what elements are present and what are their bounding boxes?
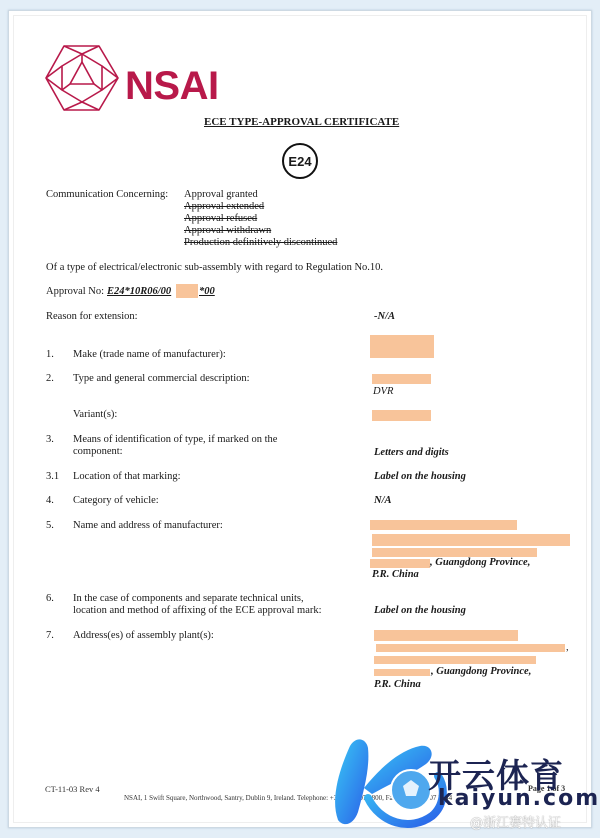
redacted-manufacturer-address-2 [372, 548, 537, 557]
item-1-label: Make (trade name of manufacturer): [73, 349, 226, 361]
item-7-value-line1: , Guangdong Province, [431, 666, 531, 678]
redacted-manufacturer-address-1 [372, 534, 570, 546]
redacted-manufacturer-city [370, 559, 430, 568]
item-6-label-line2: location and method of affixing of the E… [73, 605, 322, 617]
watermark-url: kaiyun.com [438, 786, 600, 811]
certificate-title: ECE TYPE-APPROVAL CERTIFICATE [204, 116, 399, 128]
nsai-logo-text: NSAI [125, 64, 219, 108]
item-7-number: 7. [46, 630, 54, 642]
redacted-approval-segment [176, 284, 198, 298]
item-2-number: 2. [46, 373, 54, 385]
redacted-plant-address-1 [376, 644, 565, 652]
reason-extension-value: -N/A [374, 311, 395, 323]
item-7-value-line2: P.R. China [374, 679, 421, 691]
option-production-discontinued: Production definitively discontinued [184, 237, 337, 249]
item-3-label-line2: component: [73, 446, 123, 458]
item-3-1-value: Label on the housing [374, 471, 466, 483]
item-6-number: 6. [46, 593, 54, 605]
item-6-label-line1: In the case of components and separate t… [73, 593, 304, 605]
item-3-value: Letters and digits [374, 447, 449, 459]
e-mark-badge: E24 [282, 143, 318, 179]
item-4-label: Category of vehicle: [73, 495, 159, 507]
approval-number-label: Approval No: [46, 286, 104, 298]
redacted-make [370, 335, 434, 358]
communication-label: Communication Concerning: [46, 189, 168, 201]
redacted-plant-city [374, 669, 430, 676]
redacted-type [372, 374, 431, 384]
redacted-plant-name [374, 630, 518, 641]
item-7-label: Address(es) of assembly plant(s): [73, 630, 214, 642]
item-2-value: DVR [373, 386, 393, 398]
item-6-value: Label on the housing [374, 605, 466, 617]
variants-label: Variant(s): [73, 409, 117, 421]
item-1-number: 1. [46, 349, 54, 361]
watermark-source: @浙江赛特认证 [470, 812, 561, 831]
option-approval-withdrawn: Approval withdrawn [184, 225, 271, 237]
redacted-variants [372, 410, 431, 421]
option-approval-extended: Approval extended [184, 201, 264, 213]
option-approval-refused: Approval refused [184, 213, 257, 225]
form-code: CT-11-03 Rev 4 [45, 784, 100, 794]
item-5-label: Name and address of manufacturer: [73, 520, 223, 532]
regulation-statement: Of a type of electrical/electronic sub-a… [46, 262, 383, 274]
item-5-value-line2: P.R. China [372, 569, 419, 581]
reason-extension-label: Reason for extension: [46, 311, 138, 323]
option-approval-granted: Approval granted [184, 189, 258, 201]
item-3-1-number: 3.1 [46, 471, 59, 483]
item-4-value: N/A [374, 495, 392, 507]
item-7-comma: , [566, 642, 569, 654]
item-3-number: 3. [46, 434, 54, 446]
item-4-number: 4. [46, 495, 54, 507]
item-5-value-line1: , Guangdong Province, [430, 557, 530, 569]
redacted-plant-address-2 [374, 656, 536, 664]
item-5-number: 5. [46, 520, 54, 532]
item-2-label: Type and general commercial description: [73, 373, 250, 385]
approval-number-suffix: *00 [199, 286, 215, 298]
item-3-label-line1: Means of identification of type, if mark… [73, 434, 277, 446]
item-3-1-label: Location of that marking: [73, 471, 181, 483]
footer-address: NSAI, 1 Swift Square, Northwood, Santry,… [124, 794, 452, 802]
approval-number-prefix: E24*10R06/00 [107, 286, 171, 298]
redacted-manufacturer-name [370, 520, 517, 530]
nsai-hexagon-logo-icon [44, 44, 120, 112]
